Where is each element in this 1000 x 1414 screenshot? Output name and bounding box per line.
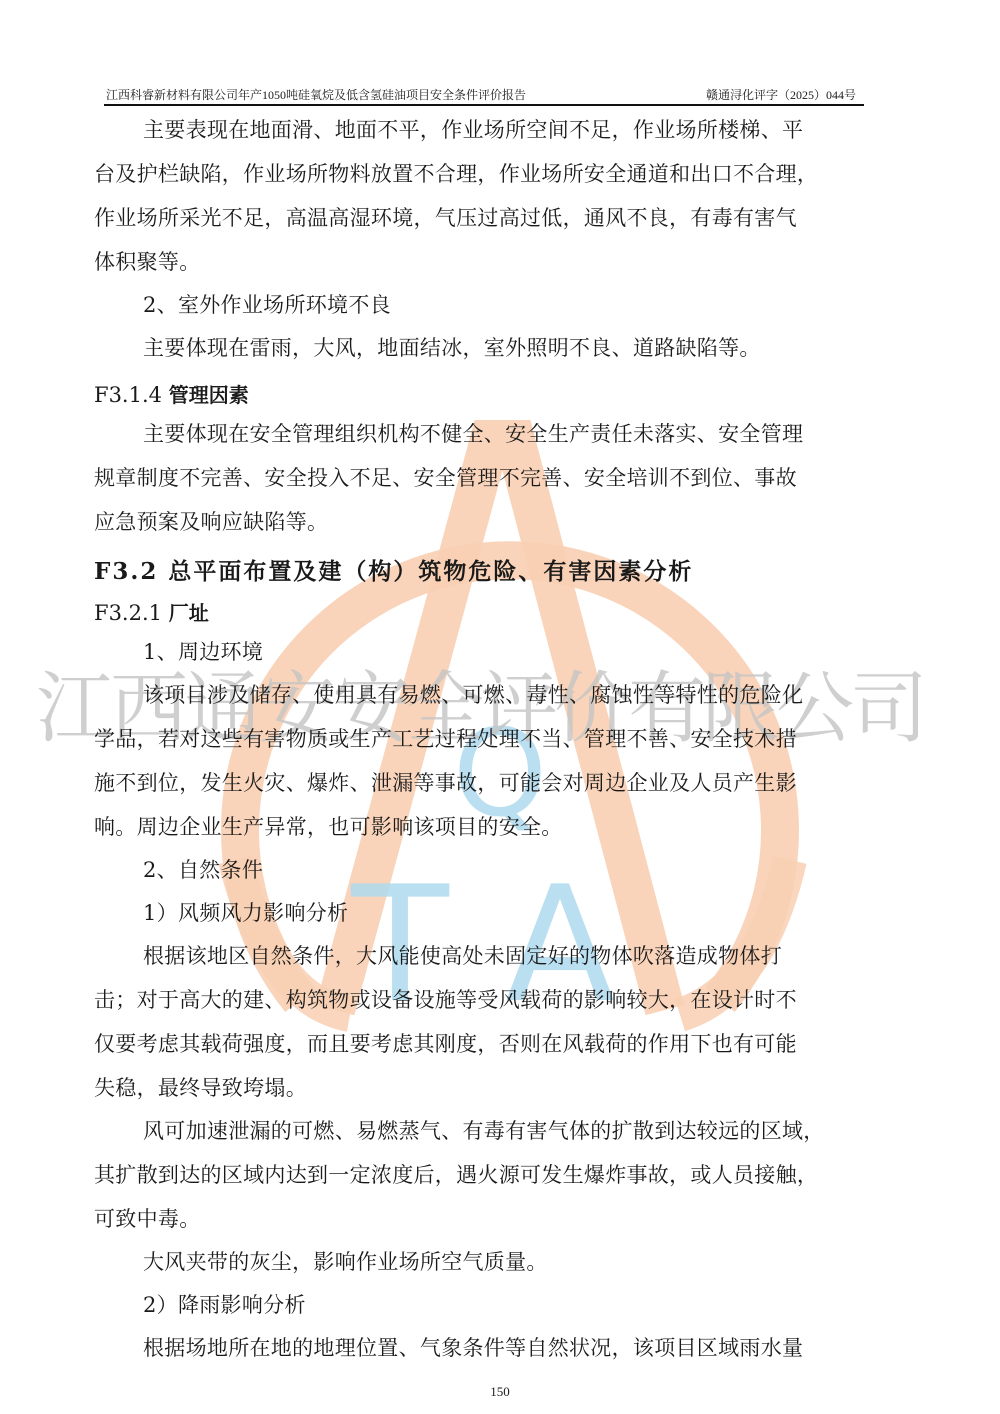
paragraph-line: 规章制度不完善、安全投入不足、安全管理不完善、安全培训不到位、事故 [94, 466, 874, 490]
paragraph-line: 学品，若对这些有害物质或生产工艺过程处理不当、管理不善、安全技术措 [94, 727, 874, 751]
document-page: 江西科睿新材料有限公司年产1050吨硅氧烷及低含氢硅油项目安全条件评价报告 赣通… [0, 0, 1000, 1414]
paragraph-line: 该项目涉及储存、使用具有易燃、可燃、毒性、腐蚀性等特性的危险化 [143, 683, 923, 707]
paragraph-line: 风可加速泄漏的可燃、易燃蒸气、有毒有害气体的扩散到达较远的区域， [143, 1119, 923, 1143]
section-title: 厂址 [169, 601, 209, 625]
paragraph-line: 体积聚等。 [94, 250, 874, 274]
list-item-heading: 1、周边环境 [143, 640, 923, 664]
paragraph-line: 击；对于高大的建、构筑物或设备设施等受风载荷的影响较大，在设计时不 [94, 988, 874, 1012]
sub-item-heading: 1）风频风力影响分析 [143, 901, 923, 925]
paragraph-line: 主要体现在雷雨，大风，地面结冰，室外照明不良、道路缺陷等。 [143, 336, 923, 360]
list-item-heading: 2、自然条件 [143, 858, 923, 882]
section-number: F3.2 [94, 558, 158, 585]
paragraph-line: 作业场所采光不足，高温高湿环境，气压过高过低，通风不良，有毒有害气 [94, 206, 874, 230]
paragraph-line: 其扩散到达的区域内达到一定浓度后，遇火源可发生爆炸事故，或人员接触， [94, 1163, 874, 1187]
report-number: 赣通浔化评字（2025）044号 [706, 86, 856, 103]
section-heading-f321: F3.2.1 厂址 [94, 597, 209, 626]
paragraph-line: 失稳，最终导致垮塌。 [94, 1076, 874, 1100]
sub-item-heading: 2）降雨影响分析 [143, 1293, 923, 1317]
report-title: 江西科睿新材料有限公司年产1050吨硅氧烷及低含氢硅油项目安全条件评价报告 [106, 86, 526, 103]
page-header: 江西科睿新材料有限公司年产1050吨硅氧烷及低含氢硅油项目安全条件评价报告 赣通… [104, 84, 864, 106]
section-title: 管理因素 [169, 383, 249, 407]
paragraph-line: 根据该地区自然条件，大风能使高处未固定好的物体吹落造成物体打 [143, 944, 923, 968]
section-number: F3.2.1 [94, 601, 162, 625]
paragraph-line: 仅要考虑其载荷强度，而且要考虑其刚度，否则在风载荷的作用下也有可能 [94, 1032, 874, 1056]
paragraph-line: 施不到位，发生火灾、爆炸、泄漏等事故，可能会对周边企业及人员产生影 [94, 771, 874, 795]
paragraph-line: 响。周边企业生产异常，也可影响该项目的安全。 [94, 815, 874, 839]
list-item-heading: 2、室外作业场所环境不良 [143, 293, 923, 317]
paragraph-line: 台及护栏缺陷，作业场所物料放置不合理，作业场所安全通道和出口不合理， [94, 162, 874, 186]
paragraph-line: 主要体现在安全管理组织机构不健全、安全生产责任未落实、安全管理 [143, 422, 923, 446]
paragraph-line: 主要表现在地面滑、地面不平，作业场所空间不足，作业场所楼梯、平 [143, 118, 923, 142]
section-number: F3.1.4 [94, 383, 162, 407]
paragraph-line: 大风夹带的灰尘，影响作业场所空气质量。 [143, 1250, 923, 1274]
page-number: 150 [0, 1384, 1000, 1400]
section-heading-f32: F3.2 总平面布置及建（构）筑物危险、有害因素分析 [94, 553, 693, 586]
section-heading-f314: F3.1.4 管理因素 [94, 379, 249, 408]
paragraph-line: 根据场地所在地的地理位置、气象条件等自然状况，该项目区域雨水量 [143, 1336, 923, 1360]
paragraph-line: 应急预案及响应缺陷等。 [94, 510, 874, 534]
section-title: 总平面布置及建（构）筑物危险、有害因素分析 [168, 558, 693, 585]
paragraph-line: 可致中毒。 [94, 1207, 874, 1231]
